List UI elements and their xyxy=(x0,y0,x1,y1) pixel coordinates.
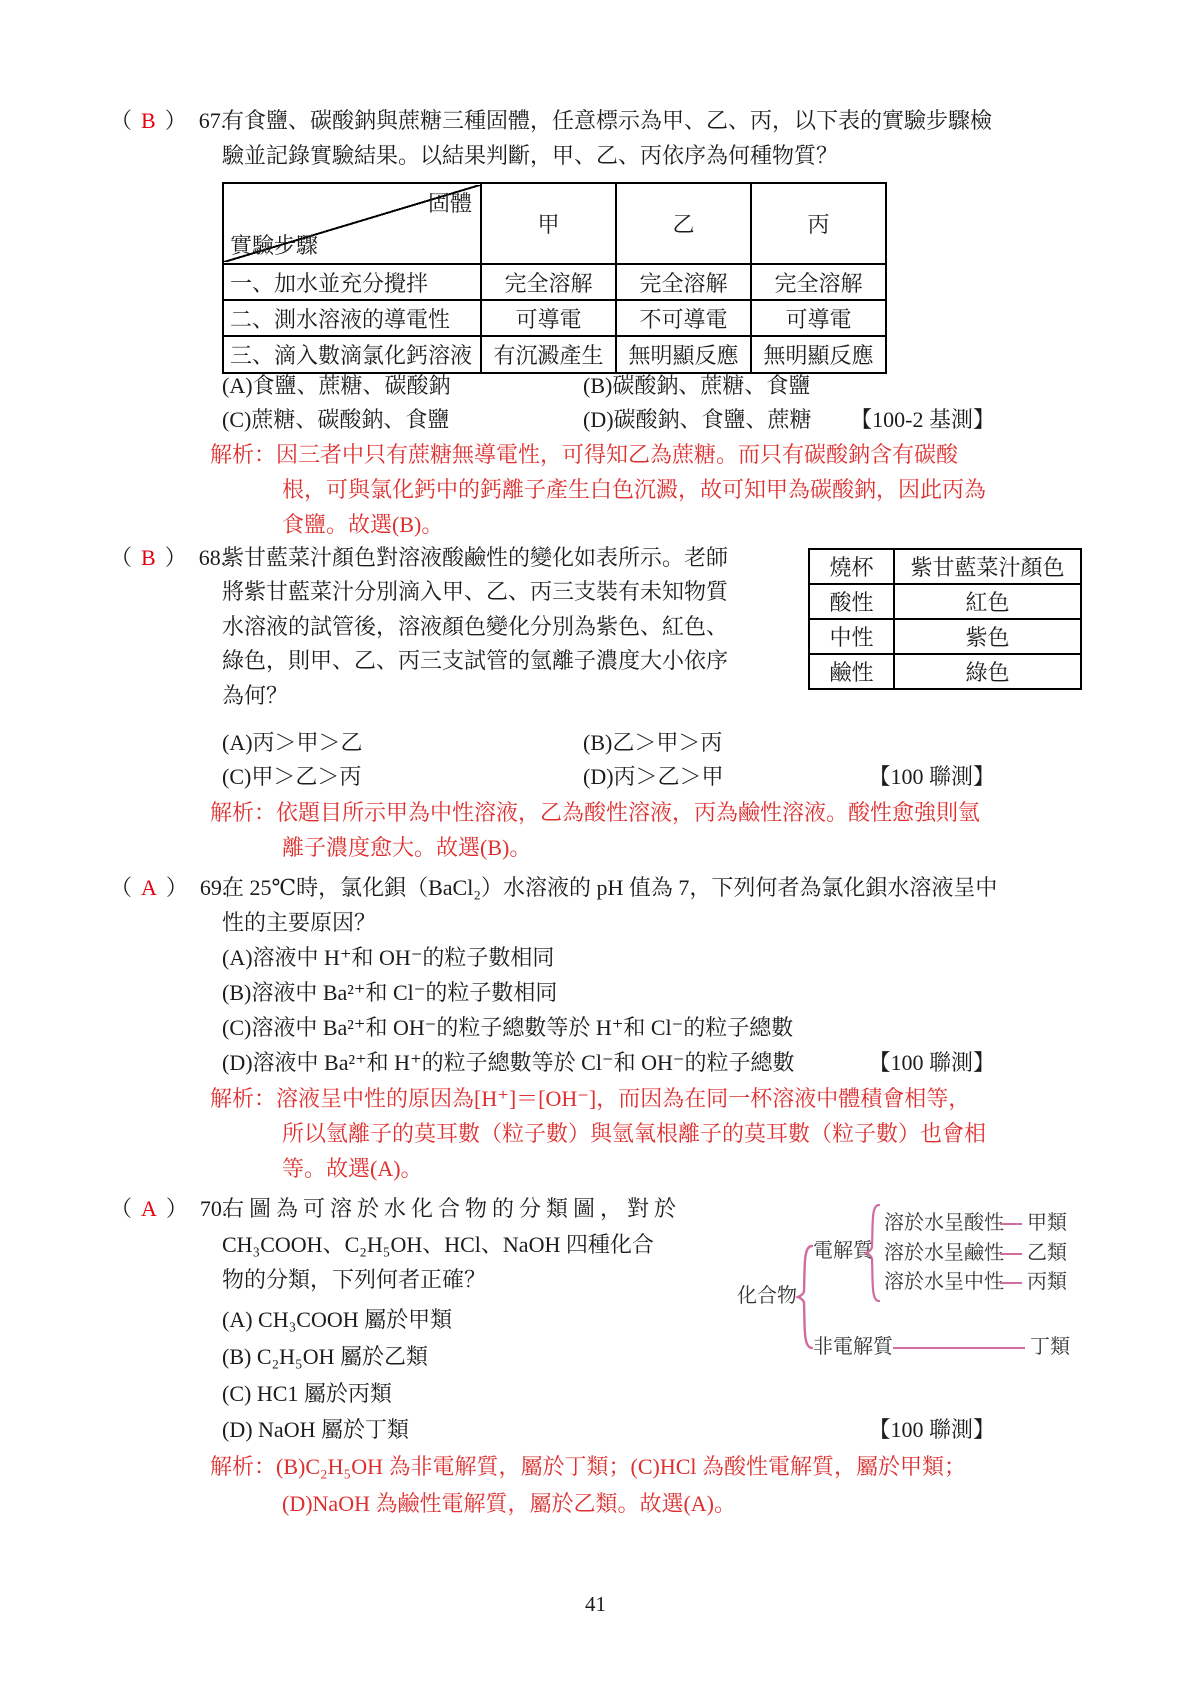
q68-line-2: 將紫甘藍菜汁分別滴入甲、乙、丙三支裝有未知物質 xyxy=(222,576,728,608)
diagram-class-c: 丙類 xyxy=(1027,1269,1067,1295)
q69-answer-letter: A xyxy=(132,875,166,900)
q70-line-2: CH₃COOH、C₂H₅OH、HCl、NaOH 四種化合 xyxy=(222,1229,654,1261)
q68-source-tag: 【100 聯測】 xyxy=(868,761,995,793)
q68-header-beaker: 燒杯 xyxy=(809,549,894,584)
q68-option-d: (D)丙＞乙＞甲 xyxy=(583,761,724,793)
q68-row3-val: 綠色 xyxy=(894,654,1081,689)
diagram-inner-brace xyxy=(864,1203,882,1303)
diagram-class-d: 丁類 xyxy=(1030,1334,1070,1360)
diagram-class-b: 乙類 xyxy=(1027,1240,1067,1266)
q68-option-c: (C)甲＞乙＞丙 xyxy=(222,761,361,793)
q68-row2-key: 中性 xyxy=(809,619,894,654)
q68-answer-row: （B）68. xyxy=(110,542,226,574)
q68-explanation-1: 解析：依題目所示甲為中性溶液，乙為酸性溶液，丙為鹼性溶液。酸性愈強則氫 xyxy=(210,797,980,829)
q67-row2-cell1: 可導電 xyxy=(481,300,616,336)
q67-answer-row: （B）67. xyxy=(110,105,226,137)
paren-open: （ xyxy=(110,875,132,900)
q68-line-3: 水溶液的試管後，溶液顏色變化分別為紫色、紅色、 xyxy=(222,611,728,643)
q68-row2-val: 紫色 xyxy=(894,619,1081,654)
paren-open: （ xyxy=(110,545,132,570)
q67-row3-cell1: 有沉澱產生 xyxy=(481,336,616,373)
q70-explanation-1: 解析：(B)C₂H₅OH 為非電解質，屬於丁類；(C)HCl 為酸性電解質，屬於… xyxy=(210,1451,966,1483)
q68-option-b: (B)乙＞甲＞丙 xyxy=(583,727,722,759)
exam-page: （B）67. 有食鹽、碳酸鈉與蔗糖三種固體，任意標示為甲、乙、丙，以下表的實驗步… xyxy=(0,0,1191,1684)
q67-row1-cell3: 完全溶解 xyxy=(751,264,886,300)
q69-option-a: (A)溶液中 H⁺和 OH⁻的粒子數相同 xyxy=(222,942,554,974)
q67-row3-label: 三、滴入數滴氯化鈣溶液 xyxy=(223,336,481,373)
table-row: 中性 紫色 xyxy=(809,619,1081,654)
paren-close: ） xyxy=(165,108,187,133)
q67-col-header-2: 乙 xyxy=(616,183,751,264)
q67-corner-top-label: 固體 xyxy=(428,187,472,218)
diagram-outer-brace xyxy=(795,1244,815,1350)
q68-option-a: (A)丙＞甲＞乙 xyxy=(222,727,363,759)
q67-corner-bottom-label: 實驗步驟 xyxy=(230,229,318,260)
q70-option-b: (B) C₂H₅OH 屬於乙類 xyxy=(222,1341,428,1373)
q67-row1-cell1: 完全溶解 xyxy=(481,264,616,300)
q70-option-c: (C) HC1 屬於丙類 xyxy=(222,1378,392,1410)
q69-answer-row: （A）69. xyxy=(110,872,227,904)
q67-option-b: (B)碳酸鈉、蔗糖、食鹽 xyxy=(583,370,810,402)
q67-col-header-3: 丙 xyxy=(751,183,886,264)
q69-explanation-2: 所以氫離子的莫耳數（粒子數）與氫氧根離子的莫耳數（粒子數）也會相 xyxy=(282,1118,986,1150)
paren-close: ） xyxy=(166,875,188,900)
paren-close: ） xyxy=(166,1196,188,1221)
q69-line-1: 在 25℃時，氯化鋇（BaCl₂）水溶液的 pH 值為 7，下列何者為氯化鋇水溶… xyxy=(222,872,997,904)
q67-row2-label: 二、測水溶液的導電性 xyxy=(223,300,481,336)
q67-option-d: (D)碳酸鈉、食鹽、蔗糖 xyxy=(583,404,812,436)
q67-explanation-3: 食鹽。故選(B)。 xyxy=(282,509,443,541)
paren-close: ） xyxy=(165,545,187,570)
q68-line-5: 為何？ xyxy=(222,680,288,712)
q70-option-d: (D) NaOH 屬於丁類 xyxy=(222,1414,409,1446)
table-row: 鹼性 綠色 xyxy=(809,654,1081,689)
q69-explanation-3: 等。故選(A)。 xyxy=(282,1153,423,1185)
q67-answer-letter: B xyxy=(132,108,165,133)
q68-line-1: 紫甘藍菜汁顏色對溶液酸鹼性的變化如表所示。老師 xyxy=(222,542,728,574)
q67-row2-cell3: 可導電 xyxy=(751,300,886,336)
table-row: 一、加水並充分攪拌 完全溶解 完全溶解 完全溶解 xyxy=(223,264,886,300)
diagram-connector-line xyxy=(1000,1253,1022,1255)
q67-row1-cell2: 完全溶解 xyxy=(616,264,751,300)
diagram-class-a: 甲類 xyxy=(1027,1210,1067,1236)
q69-option-c: (C)溶液中 Ba²⁺和 OH⁻的粒子總數等於 H⁺和 Cl⁻的粒子總數 xyxy=(222,1012,793,1044)
table-row: 三、滴入數滴氯化鈣溶液 有沉澱產生 無明顯反應 無明顯反應 xyxy=(223,336,886,373)
paren-open: （ xyxy=(110,108,132,133)
q69-line-2: 性的主要原因？ xyxy=(222,907,376,939)
q69-explanation-1: 解析：溶液呈中性的原因為[H⁺]＝[OH⁻]，而因為在同一杯溶液中體積會相等， xyxy=(210,1083,970,1115)
q69-option-b: (B)溶液中 Ba²⁺和 Cl⁻的粒子數相同 xyxy=(222,977,557,1009)
diagram-non-electrolyte-label: 非電解質 xyxy=(813,1334,893,1360)
paren-open: （ xyxy=(110,1196,132,1221)
q67-row1-label: 一、加水並充分攪拌 xyxy=(223,264,481,300)
diagram-connector-line xyxy=(893,1347,1025,1349)
diagram-connector-line xyxy=(1000,1223,1022,1225)
table-row: 二、測水溶液的導電性 可導電 不可導電 可導電 xyxy=(223,300,886,336)
q68-header-color: 紫甘藍菜汁顏色 xyxy=(894,549,1081,584)
q68-line-4: 綠色，則甲、乙、丙三支試管的氫離子濃度大小依序 xyxy=(222,645,728,677)
q67-explanation-1: 解析：因三者中只有蔗糖無導電性，可得知乙為蔗糖。而只有碳酸鈉含有碳酸 xyxy=(210,439,958,471)
q68-answer-letter: B xyxy=(132,545,165,570)
q69-source-tag: 【100 聯測】 xyxy=(868,1047,995,1079)
q67-col-header-1: 甲 xyxy=(481,183,616,264)
q70-source-tag: 【100 聯測】 xyxy=(868,1414,995,1446)
q70-explanation-2: (D)NaOH 為鹼性電解質，屬於乙類。故選(A)。 xyxy=(282,1488,736,1520)
diagram-branch-acid: 溶於水呈酸性 xyxy=(884,1210,1004,1236)
q67-row3-cell2: 無明顯反應 xyxy=(616,336,751,373)
q67-explanation-2: 根，可與氯化鈣中的鈣離子產生白色沉澱，故可知甲為碳酸鈉，因此丙為 xyxy=(282,474,986,506)
page-number: 41 xyxy=(0,1592,1191,1617)
q69-option-d: (D)溶液中 Ba²⁺和 H⁺的粒子總數等於 Cl⁻和 OH⁻的粒子總數 xyxy=(222,1047,794,1079)
table-row: 燒杯 紫甘藍菜汁顏色 xyxy=(809,549,1081,584)
diagram-connector-line xyxy=(1000,1282,1022,1284)
q67-line-2: 驗並記錄實驗結果。以結果判斷，甲、乙、丙依序為何種物質？ xyxy=(222,140,838,172)
q68-row1-key: 酸性 xyxy=(809,584,894,619)
q67-table: 固體 實驗步驟 甲 乙 丙 一、加水並充分攪拌 完全溶解 完全溶解 完全溶解 二… xyxy=(222,182,887,374)
q68-table: 燒杯 紫甘藍菜汁顏色 酸性 紅色 中性 紫色 鹼性 綠色 xyxy=(808,548,1082,690)
q68-row1-val: 紅色 xyxy=(894,584,1081,619)
q67-option-a: (A)食鹽、蔗糖、碳酸鈉 xyxy=(222,370,451,402)
q70-answer-row: （A）70. xyxy=(110,1193,227,1225)
q70-line-1: 右圖為可溶於水化合物的分類圖，對於 xyxy=(222,1193,681,1225)
diagram-branch-base: 溶於水呈鹼性 xyxy=(884,1240,1004,1266)
q67-row3-cell3: 無明顯反應 xyxy=(751,336,886,373)
q67-source-tag: 【100-2 基測】 xyxy=(850,404,995,436)
q67-option-c: (C)蔗糖、碳酸鈉、食鹽 xyxy=(222,404,449,436)
diagram-branch-neutral: 溶於水呈中性 xyxy=(884,1269,1004,1295)
q70-answer-letter: A xyxy=(132,1196,166,1221)
q70-line-3: 物的分類，下列何者正確？ xyxy=(222,1264,486,1296)
q70-option-a: (A) CH₃COOH 屬於甲類 xyxy=(222,1304,452,1336)
q67-table-corner-cell: 固體 實驗步驟 xyxy=(223,183,481,264)
q67-line-1: 有食鹽、碳酸鈉與蔗糖三種固體，任意標示為甲、乙、丙，以下表的實驗步驟檢 xyxy=(222,105,992,137)
q67-table-diagonal: 固體 實驗步驟 xyxy=(224,185,480,262)
q67-row2-cell2: 不可導電 xyxy=(616,300,751,336)
table-row: 酸性 紅色 xyxy=(809,584,1081,619)
diagram-root-label: 化合物 xyxy=(737,1283,797,1309)
q68-row3-key: 鹼性 xyxy=(809,654,894,689)
q68-explanation-2: 離子濃度愈大。故選(B)。 xyxy=(282,832,531,864)
